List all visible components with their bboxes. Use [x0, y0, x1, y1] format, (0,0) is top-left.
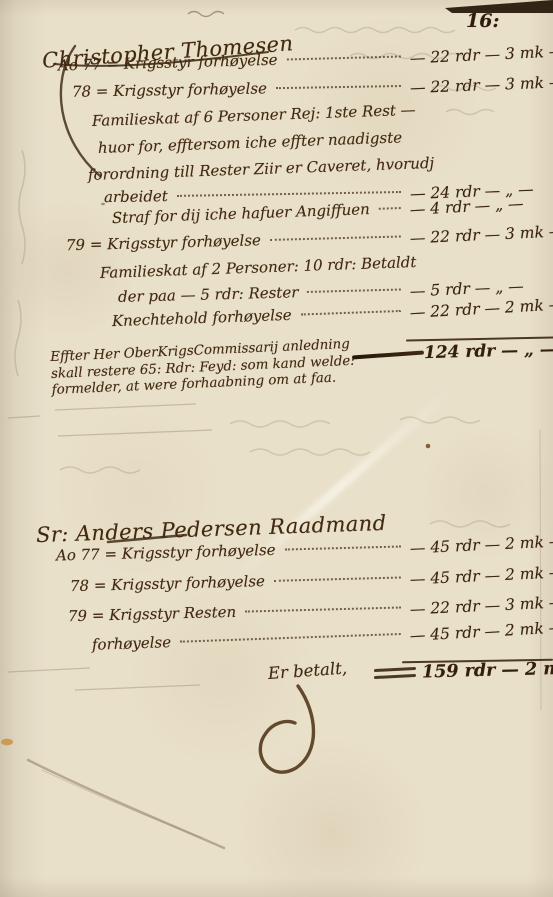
- dotted-leader: [307, 287, 401, 293]
- row-amount: — 45 rdr — 2 mk — 1: [409, 615, 553, 645]
- dotted-leader: [286, 54, 400, 61]
- section-total: 159 rdr — 2 mk — 1: [422, 657, 553, 682]
- text-line: forordning till Rester Ziir er Caveret, …: [88, 154, 435, 184]
- dotted-leader: [276, 83, 401, 89]
- ledger-row: 78 = Krigsstyr forhøyelse — 45 rdr — 2 m…: [0, 563, 553, 597]
- row-amount: — 22 rdr — 3 mk — 6: [410, 220, 553, 248]
- dotted-leader: [177, 189, 401, 197]
- yellow-stain: [1, 739, 13, 746]
- row-label: 79 = Krigsstyr Resten: [68, 603, 237, 625]
- commissary-note: Effter Her OberKrigsCommissarij anlednin…: [50, 337, 356, 400]
- scratch-mark-2: [42, 770, 202, 838]
- ink-dot-stain: [426, 444, 431, 449]
- dotted-leader: [284, 544, 400, 551]
- dotted-leader: [274, 575, 401, 582]
- scratch-mark: [28, 760, 224, 848]
- row-label: der paa — 5 rdr: Rester: [118, 283, 299, 306]
- final-loop-flourish: [260, 686, 313, 772]
- folio-number: 16:: [466, 10, 499, 32]
- small-squiggle-mark: [188, 12, 224, 17]
- text-line: Familieskat af 2 Personer: 10 rdr: Betal…: [100, 253, 417, 282]
- manuscript-page: 16: Christopher Thomesen Ao 77 = Krigsst…: [0, 0, 553, 897]
- row-label: Knechtehold forhøyelse: [112, 306, 292, 330]
- dotted-leader: [300, 308, 400, 315]
- ledger-row: 78 = Krigsstyr forhøyelse — 22 rdr — 3 m…: [0, 73, 553, 102]
- row-label: arbeidet: [104, 187, 168, 206]
- row-label: forhøyelse: [92, 633, 172, 654]
- row-amount: — 45 rdr — 2 mk — 1: [410, 561, 553, 589]
- bleed-through-marks: [15, 28, 510, 528]
- dotted-leader: [180, 631, 401, 643]
- text-line: huor for, efftersom iche effter naadigst…: [98, 128, 403, 157]
- dotted-leader: [270, 234, 401, 241]
- dotted-leader: [379, 205, 401, 210]
- total-dash-mark: [352, 350, 424, 359]
- text-line: Familieskat af 6 Personer Rej: 1ste Rest…: [92, 101, 416, 130]
- row-label: 79 = Krigsstyr forhøyelse: [66, 231, 261, 254]
- row-label: 78 = Krigsstyr forhøyelse: [70, 572, 265, 595]
- dotted-leader: [245, 605, 401, 613]
- double-dash-mark: [374, 674, 416, 679]
- row-amount: — 45 rdr — 2 mk — 12: [410, 530, 553, 558]
- row-amount: — 22 rdr — 3 mk — 6: [410, 71, 553, 97]
- total-label: Er betalt,: [267, 659, 347, 683]
- row-amount: — 22 rdr — 3 mk — 6: [410, 591, 553, 619]
- row-amount: — 22 rdr — 3 mk — 6: [410, 40, 553, 68]
- section-total: 124 rdr — „ — 12: [424, 339, 553, 363]
- double-dash-mark: [374, 667, 416, 672]
- row-label: 78 = Krigsstyr forhøyelse: [72, 79, 267, 100]
